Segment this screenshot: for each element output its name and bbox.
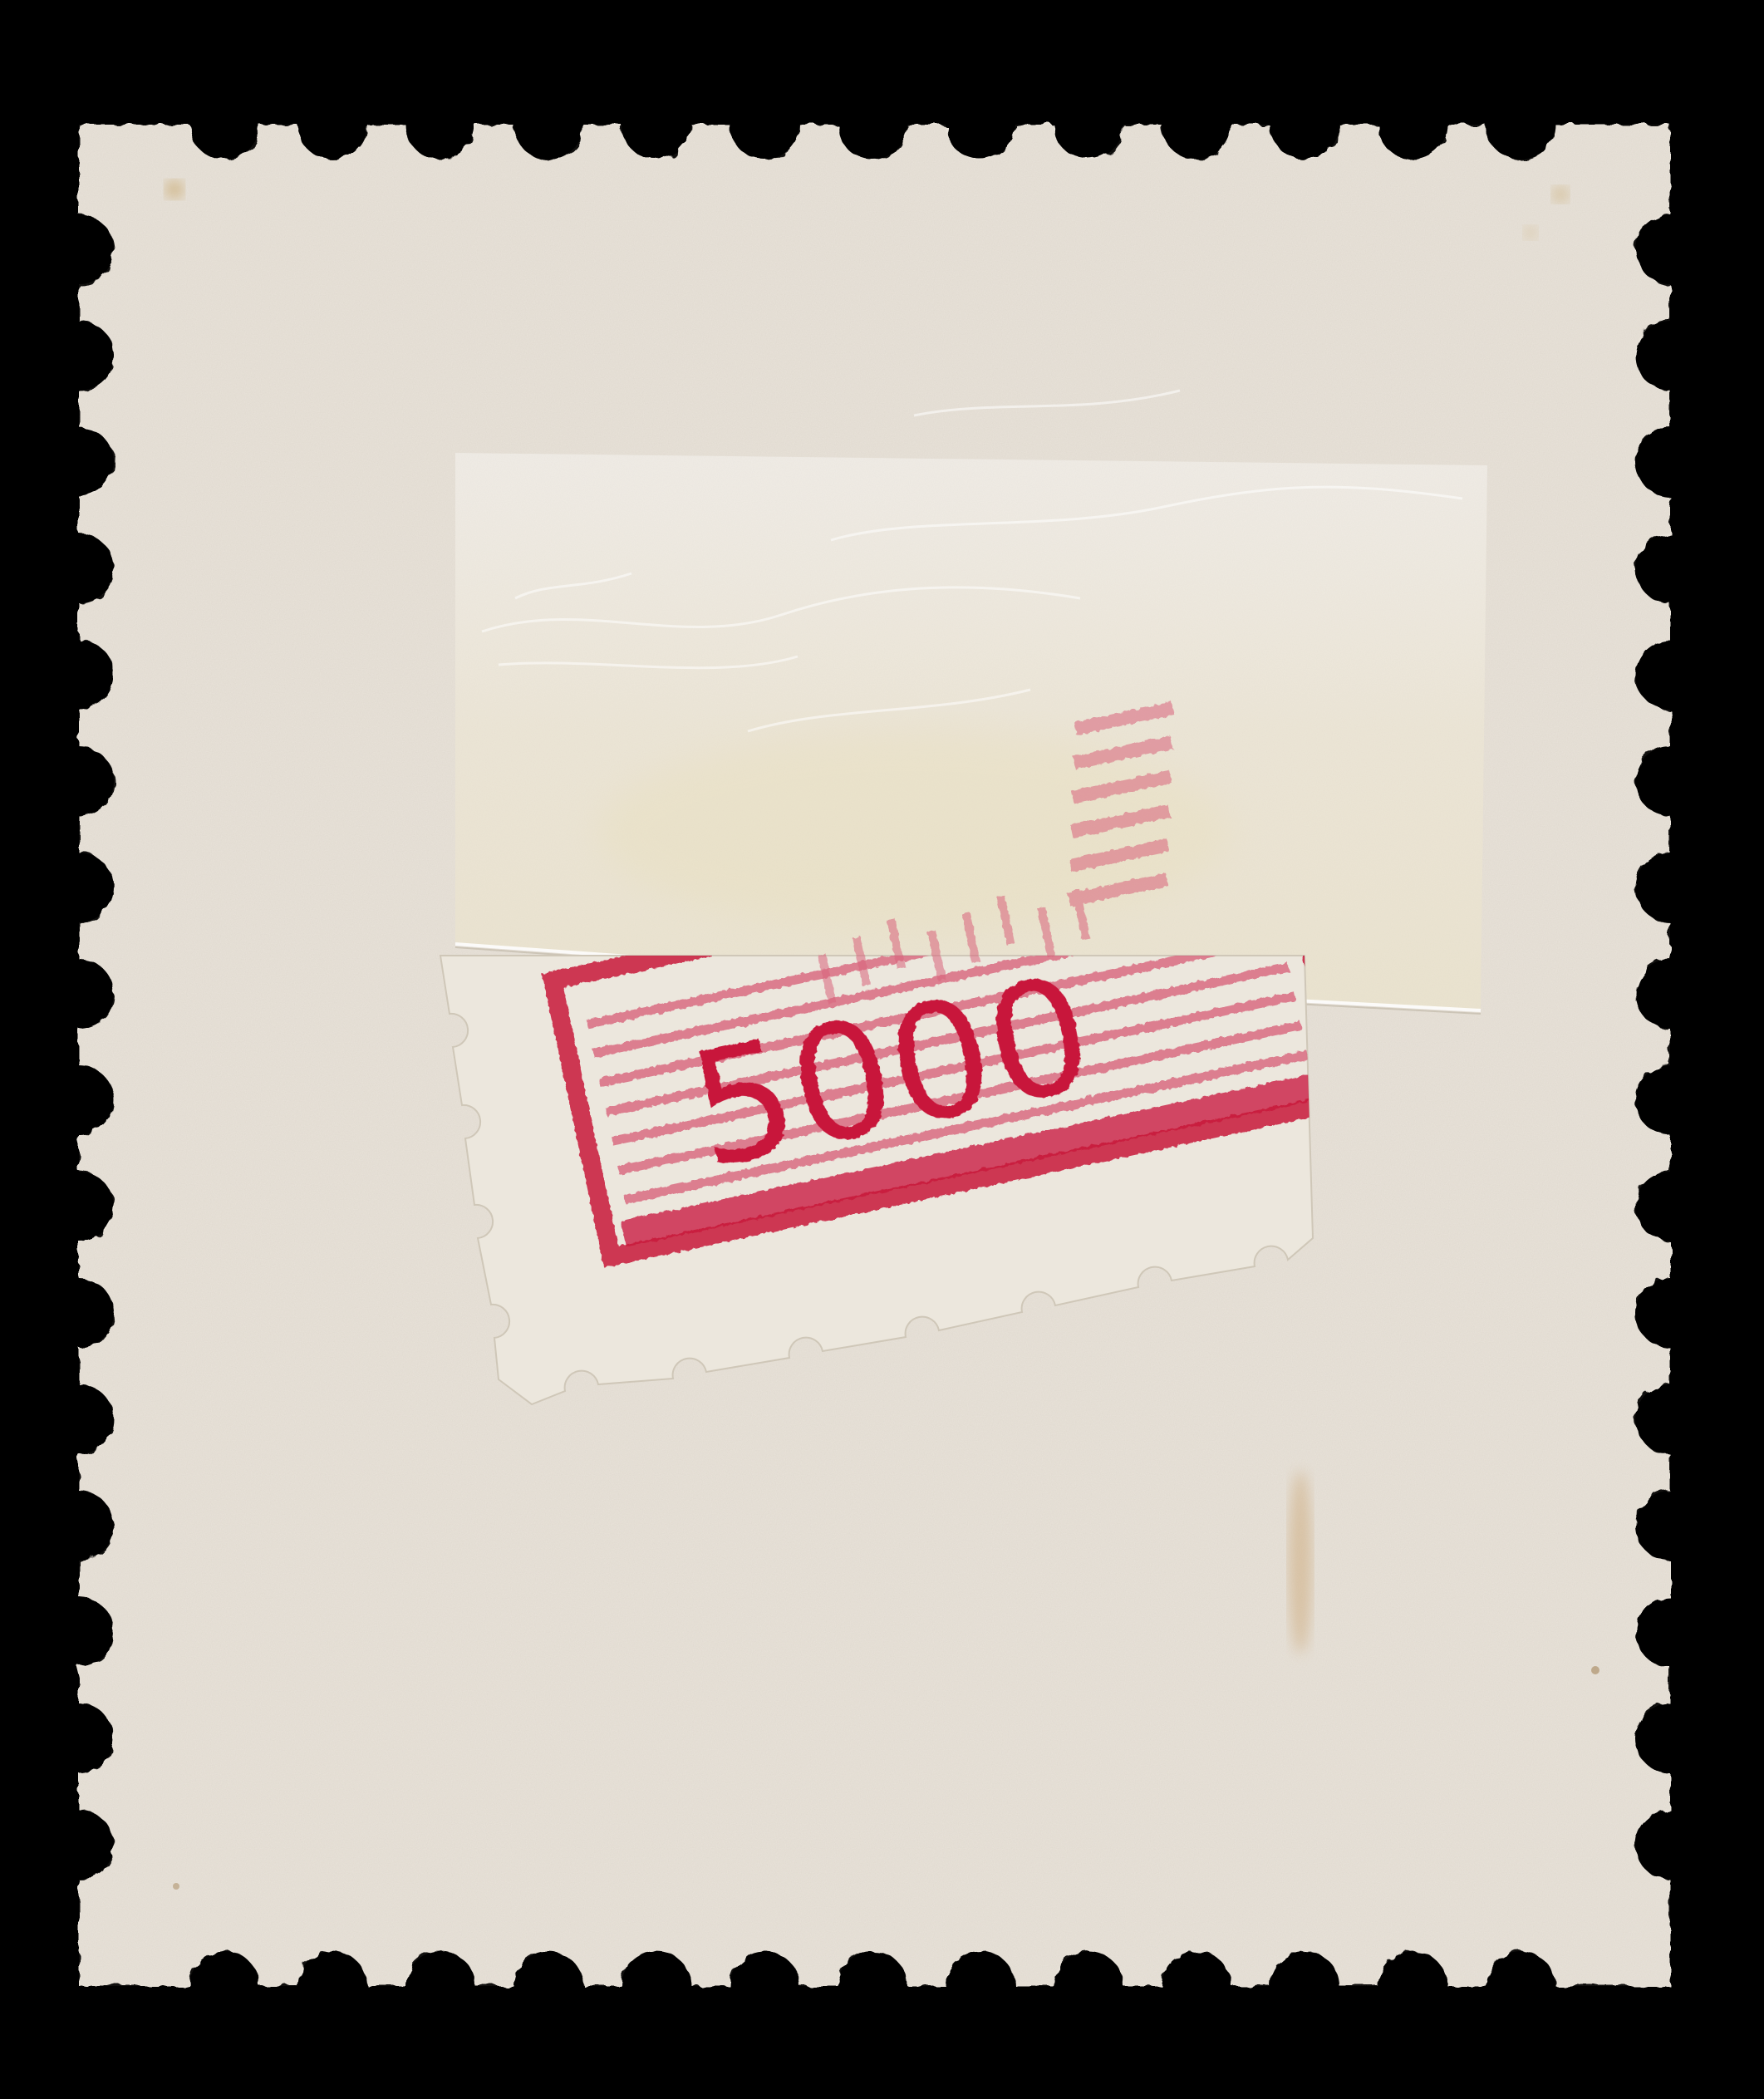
stain-dot-right [1591,1666,1599,1674]
stain-top-right-2 [1524,226,1537,239]
stamp-illustration: 5000 [0,0,1764,2099]
stain-top-right-1 [1552,186,1569,203]
stamp-photo: 5000 Reverse side of a perforated postag… [0,0,1764,2099]
stain-lower-right-streak [1289,1471,1312,1654]
stain-top-left [165,180,184,199]
stain-dot-left [173,1883,179,1890]
